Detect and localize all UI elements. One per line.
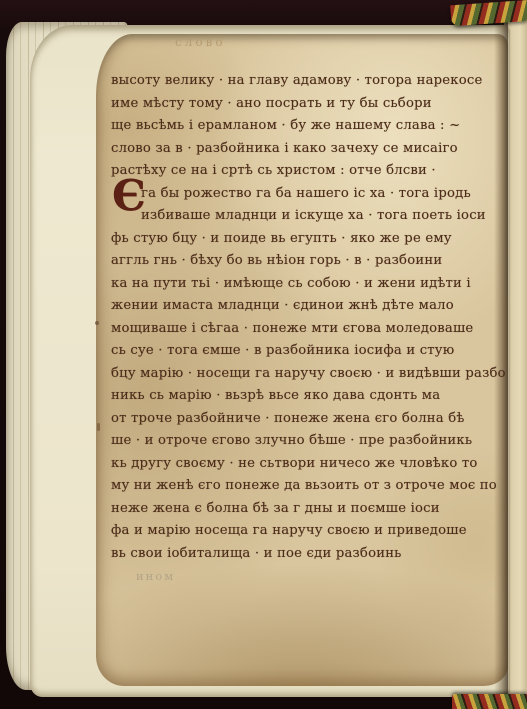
binding-gutter-shadow (494, 18, 508, 694)
manuscript-line: растѣху се на і сртѣ сь христом : отче б… (111, 160, 483, 183)
manuscript-line: га бы рожество га ба нашего іс ха · тога… (111, 183, 483, 206)
manuscript-line: избиваше младнци и іскуще ха · тога поет… (111, 205, 483, 228)
manuscript-line: слово за в · разбойника і како зачеху се… (111, 138, 483, 161)
ink-speck (97, 423, 100, 431)
manuscript-line: ка на пути тьі · имѣюще сь собою · и жен… (111, 273, 483, 296)
manuscript-line: сь суе · тога ємше · в разбойника іосифа… (111, 340, 483, 363)
manuscript-line: никь сь марію · вьзрѣ вьсе яко дава сдон… (111, 385, 483, 408)
manuscript-line: неже жена є болна бѣ за г дны и поємше і… (111, 498, 483, 521)
manuscript-photo: слово Є высоту велику · на главу адамову… (0, 0, 527, 709)
manuscript-line: му ни женѣ єго понеже да вьзоить от з от… (111, 475, 483, 498)
manuscript-line: аггль гнь · бѣху бо вь нѣіон горь · в · … (111, 250, 483, 273)
manuscript-line: высоту велику · на главу адамову · тогор… (111, 70, 483, 93)
manuscript-line: ще вьсѣмь і ерамланом · бу же нашему сла… (111, 115, 483, 138)
text-block: Є высоту велику · на главу адамову · тог… (111, 70, 483, 565)
catchword: ином (136, 569, 175, 583)
manuscript-line: вь свои іобиталища · и пое єди разбоинь (111, 543, 483, 566)
manuscript-line: кь другу своєму · не сьтвори ничесо же ч… (111, 453, 483, 476)
manuscript-line: фа и марію носеща га наручу своєю и прив… (111, 520, 483, 543)
manuscript-line: жении имаста младнци · єдинои жнѣ дѣте м… (111, 295, 483, 318)
manuscript-line: ше · и отроче єгово злучно бѣше · пре ра… (111, 430, 483, 453)
binding-endband-bottom (452, 694, 527, 709)
manuscript-line: бцу марію · носещи га наручу своєю · и в… (111, 363, 483, 386)
manuscript-line: име мѣсту тому · ано посрать и ту бы сьб… (111, 93, 483, 116)
manuscript-line: мощиваше і сѣгаа · понеже мти єгова моле… (111, 318, 483, 341)
illuminated-initial: Є (112, 174, 145, 218)
manuscript-line: от троче разбойниче · понеже жена єго бо… (111, 408, 483, 431)
running-title: слово (175, 35, 226, 49)
ink-speck (95, 321, 99, 325)
manuscript-line: фь стую бцу · и поиде вь егупть · яко же… (111, 228, 483, 251)
